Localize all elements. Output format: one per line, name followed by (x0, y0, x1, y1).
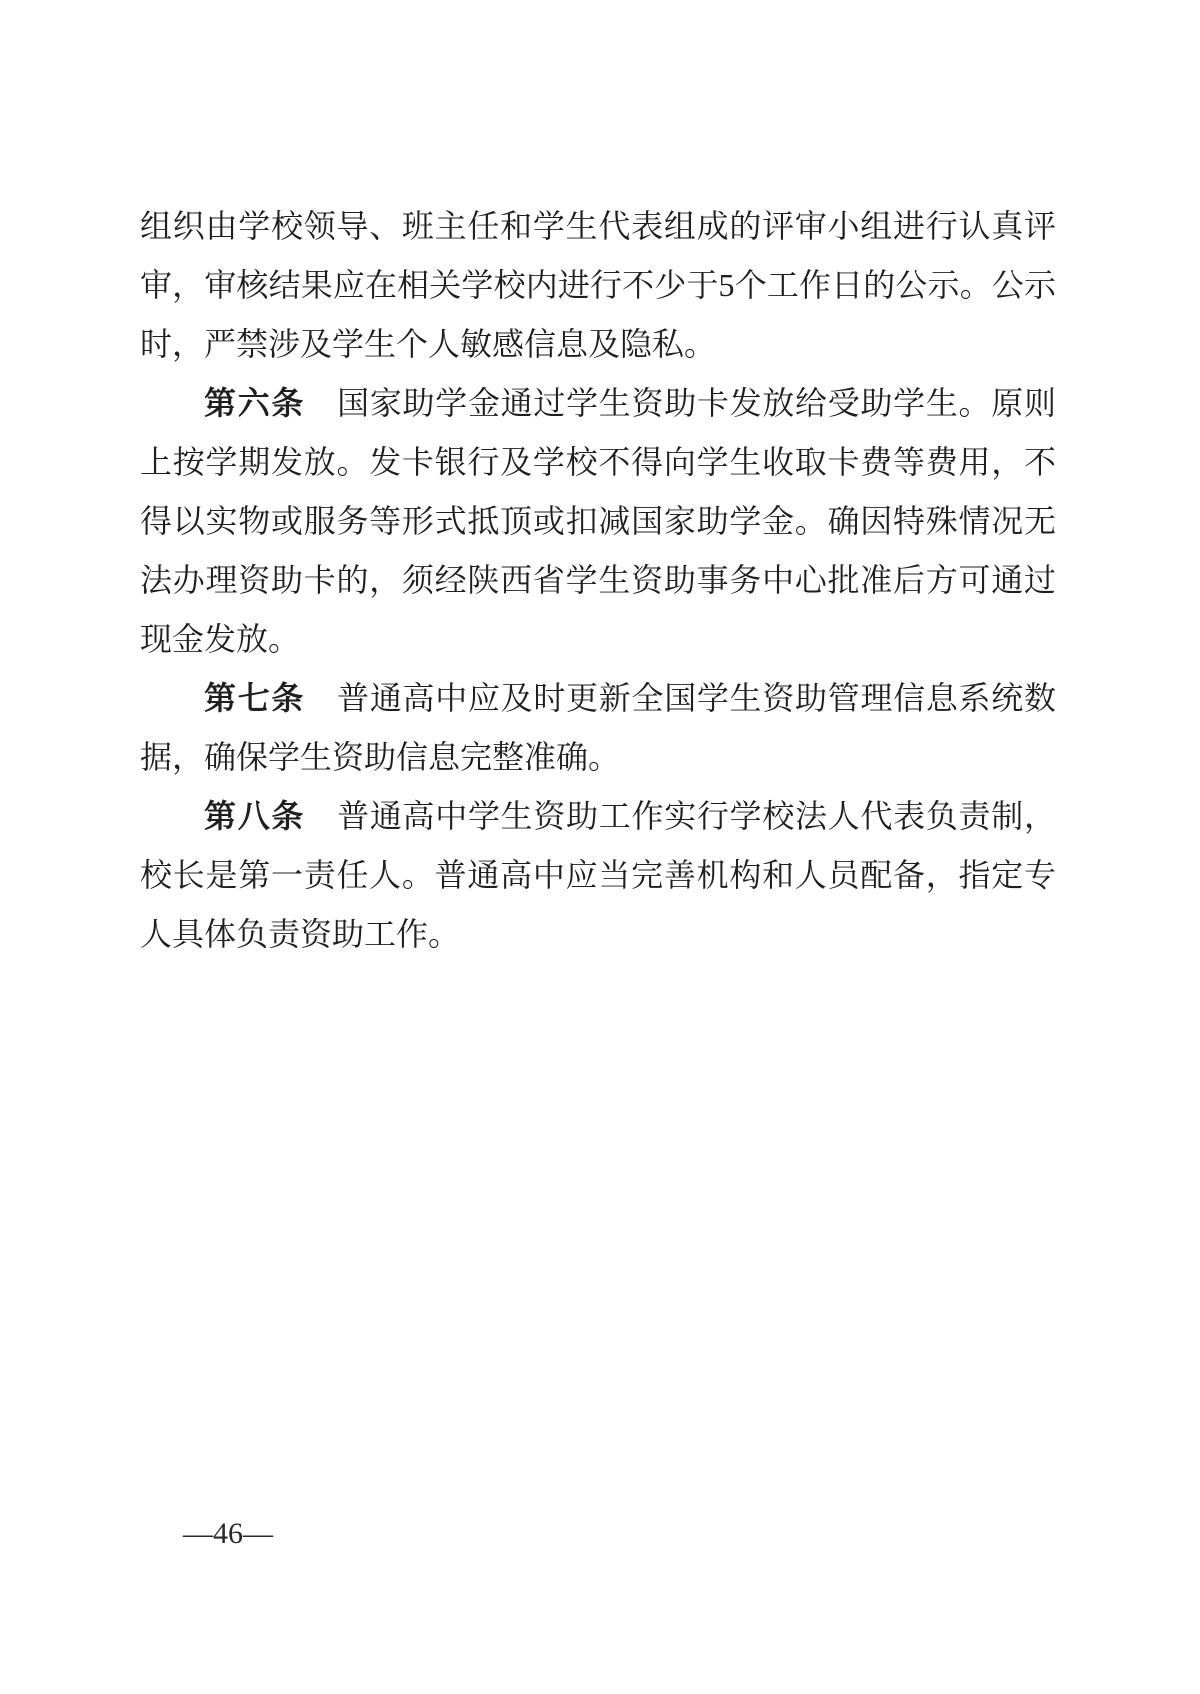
paragraph-text: 组织由学校领导、班主任和学生代表组成的评审小组进行认真评审，审核结果应在相关学校… (140, 208, 1056, 362)
article-heading: 第八条 (204, 798, 305, 834)
paragraph-text: 国家助学金通过学生资助卡发放给受助学生。原则上按学期发放。发卡银行及学校不得向学… (140, 385, 1056, 657)
article-heading: 第六条 (204, 385, 305, 421)
document-page: 组织由学校领导、班主任和学生代表组成的评审小组进行认真评审，审核结果应在相关学校… (0, 0, 1200, 1694)
paragraph-article-7: 第七条普通高中应及时更新全国学生资助管理信息系统数据，确保学生资助信息完整准确。 (140, 669, 1056, 787)
article-heading: 第七条 (204, 680, 305, 716)
paragraph-article-8: 第八条普通高中学生资助工作实行学校法人代表负责制，校长是第一责任人。普通高中应当… (140, 787, 1056, 964)
paragraph-continuation: 组织由学校领导、班主任和学生代表组成的评审小组进行认真评审，审核结果应在相关学校… (140, 197, 1056, 374)
document-body: 组织由学校领导、班主任和学生代表组成的评审小组进行认真评审，审核结果应在相关学校… (140, 197, 1056, 964)
paragraph-article-6: 第六条国家助学金通过学生资助卡发放给受助学生。原则上按学期发放。发卡银行及学校不… (140, 374, 1056, 669)
page-number: —46— (183, 1517, 273, 1551)
